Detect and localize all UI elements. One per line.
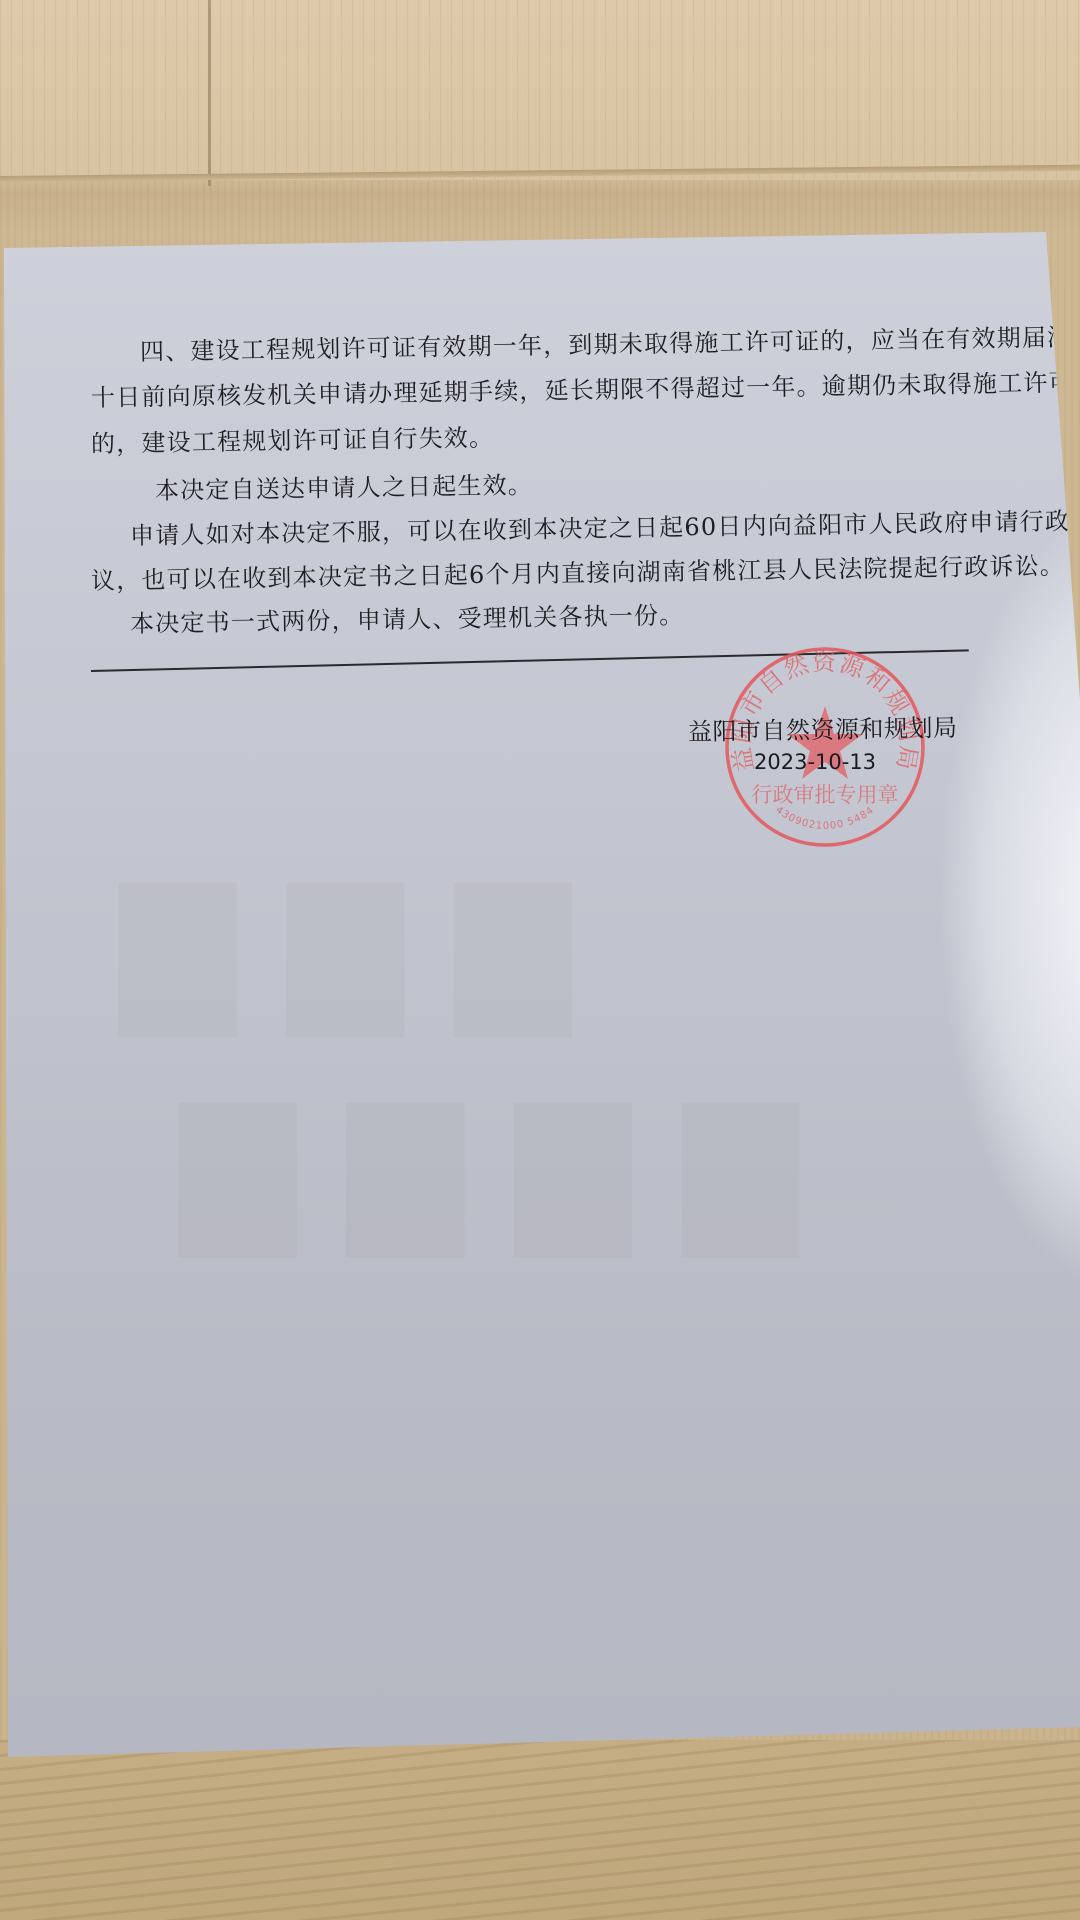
issue-date: 2023-10-13 [754, 750, 876, 774]
paragraph-4-line-1: 四、建设工程规划许可证有效期一年，到期未取得施工许可证的，应当在有效期届满三 [140, 317, 1080, 367]
official-seal-stamp: 益阳市自然资源和规划局 行政审批专用章 4309021000 5484 [722, 644, 928, 850]
copies-clause: 本决定书一式两份，申请人、受理机关各执一份。 [130, 595, 685, 639]
wooden-wall-panel [0, 0, 1080, 180]
document-page: ▇ ▇ ▇ ▇ ▇ ▇ ▇ 四、建设工程规划许可证有效期一年，到期未取得施工许可… [0, 0, 1080, 1920]
stamp-serial: 4309021000 5484 [773, 805, 876, 832]
appeal-clause-line-1: 申请人如对本决定不服，可以在收到本决定之日起60日内向益阳市人民政府申请行政复 [130, 501, 1080, 551]
issuing-authority: 益阳市自然资源和规划局 [688, 708, 958, 747]
paragraph-4-line-3: 的，建设工程规划许可证自行失效。 [91, 418, 495, 459]
wooden-table-bottom [0, 1740, 1080, 1920]
stamp-bottom-text: 行政审批专用章 [752, 783, 899, 807]
bleed-through-text: ▇ ▇ ▇ [120, 860, 571, 1036]
effective-clause: 本决定自送达申请人之日起生效。 [155, 465, 534, 506]
bleed-through-text: ▇ ▇ ▇ ▇ [180, 1080, 798, 1256]
svg-text:4309021000 5484: 4309021000 5484 [773, 805, 876, 832]
panel-seam [208, 0, 211, 186]
appeal-clause-line-2: 议，也可以在收到本决定书之日起6个月内直接向湖南省桃江县人民法院提起行政诉讼。 [91, 546, 1066, 596]
paragraph-4-line-2: 十日前向原核发机关申请办理延期手续，延长期限不得超过一年。逾期仍未取得施工许可证 [91, 362, 1080, 413]
